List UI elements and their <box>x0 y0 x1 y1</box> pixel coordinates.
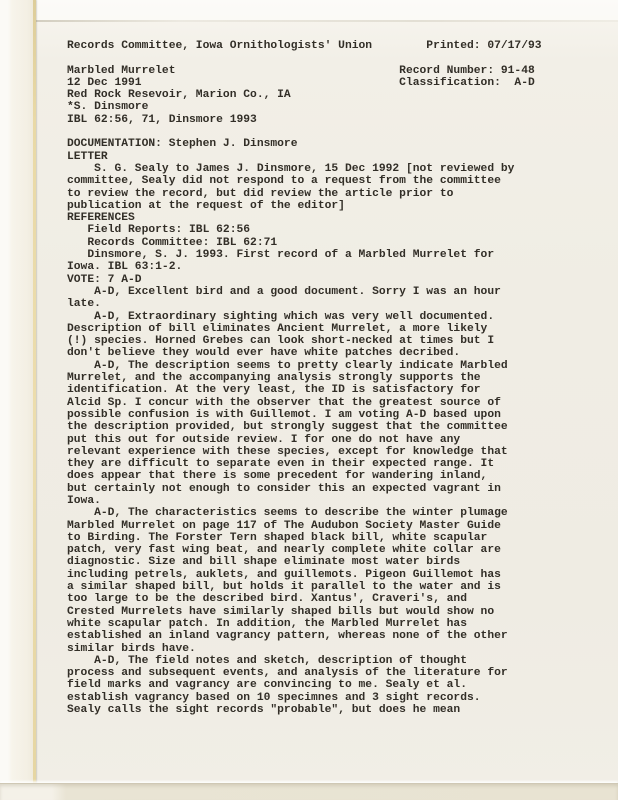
scanned-document-page: Records Committee, Iowa Ornithologists' … <box>0 0 618 800</box>
top-crease-line <box>36 20 618 22</box>
page-left-edge-line <box>33 0 36 784</box>
page-top-highlight <box>36 0 618 20</box>
scanner-bed-strip <box>0 0 33 800</box>
document-text: Records Committee, Iowa Ornithologists' … <box>67 40 542 716</box>
page-bottom-edge <box>0 783 618 800</box>
